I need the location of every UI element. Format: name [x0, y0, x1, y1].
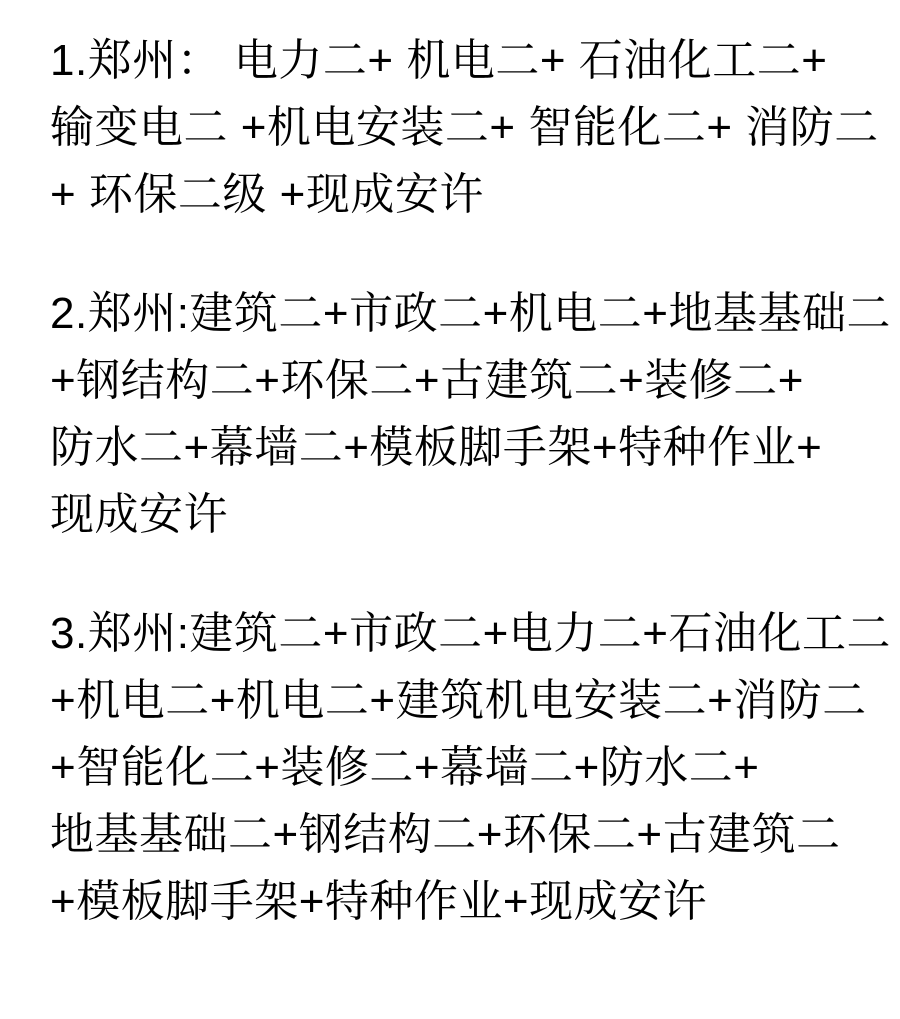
- text-line: 防水二+幕墙二+模板脚手架+特种作业+: [50, 414, 885, 481]
- document: 1.郑州： 电力二+ 机电二+ 石油化工二+ 输变电二 +机电安装二+ 智能化二…: [0, 0, 900, 935]
- text-line: 1.郑州： 电力二+ 机电二+ 石油化工二+: [50, 27, 885, 94]
- text-line: 地基基础二+钢结构二+环保二+古建筑二: [50, 801, 885, 868]
- text-line: 2.郑州:建筑二+市政二+机电二+地基基础二: [50, 280, 885, 347]
- text-line: +钢结构二+环保二+古建筑二+装修二+: [50, 347, 885, 414]
- text-line: +智能化二+装修二+幕墙二+防水二+: [50, 734, 885, 801]
- paragraph-2-zhengzhou-list: 2.郑州:建筑二+市政二+机电二+地基基础二 +钢结构二+环保二+古建筑二+装修…: [50, 280, 885, 548]
- text-line: + 环保二级 +现成安许: [50, 161, 885, 228]
- page: { "page": { "background_color": "#ffffff…: [0, 0, 900, 1019]
- text-line: +机电二+机电二+建筑机电安装二+消防二: [50, 667, 885, 734]
- paragraph-1-zhengzhou-list: 1.郑州： 电力二+ 机电二+ 石油化工二+ 输变电二 +机电安装二+ 智能化二…: [50, 27, 885, 228]
- paragraph-3-zhengzhou-list: 3.郑州:建筑二+市政二+电力二+石油化工二 +机电二+机电二+建筑机电安装二+…: [50, 600, 885, 935]
- text-line: 输变电二 +机电安装二+ 智能化二+ 消防二: [50, 94, 885, 161]
- text-line: 3.郑州:建筑二+市政二+电力二+石油化工二: [50, 600, 885, 667]
- text-line: 现成安许: [50, 481, 885, 548]
- text-line: +模板脚手架+特种作业+现成安许: [50, 868, 885, 935]
